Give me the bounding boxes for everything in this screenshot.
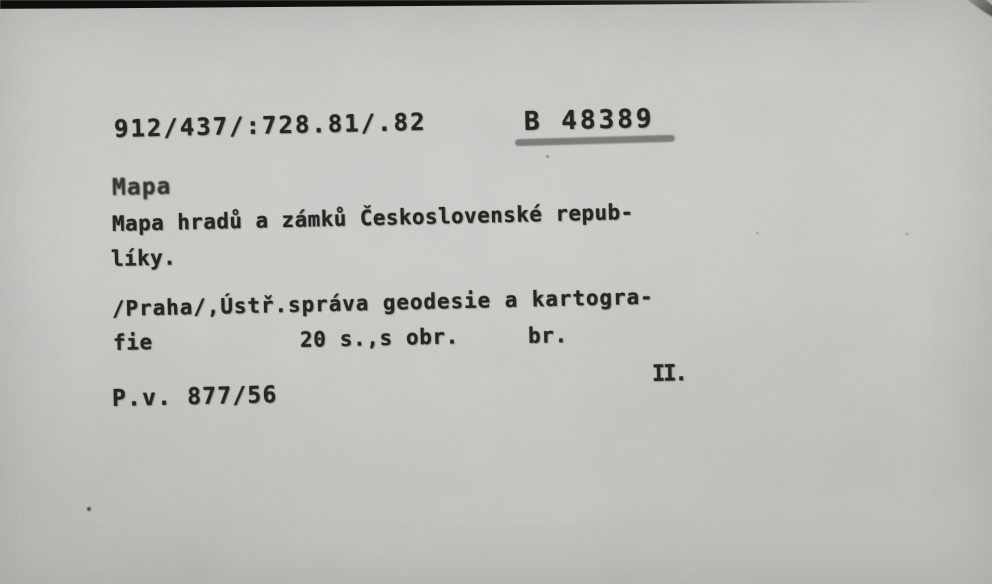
- paper-speck: [905, 233, 909, 235]
- imprint-line-1: /Praha/,Ústř.správa geodesie a kartogra-: [112, 285, 654, 321]
- binding-note: br.: [528, 323, 568, 348]
- card-heading: Mapa: [112, 174, 172, 201]
- title-line-2: líky.: [111, 246, 177, 271]
- collation-note: 20 s.,s obr.: [300, 324, 459, 352]
- title-line-1: Mapa hradů a zámků Československé repub-: [112, 200, 634, 236]
- paper-speck: [756, 232, 759, 234]
- scan-edge-top: [0, 0, 880, 9]
- paper-speck: [546, 155, 549, 158]
- catalog-card: 912/437/:728.81/.82 B 48389 Mapa Mapa hr…: [0, 0, 992, 584]
- accession-number: B 48389: [524, 104, 655, 137]
- classification-number: 912/437/:728.81/.82: [114, 108, 427, 143]
- paper-speck: [87, 507, 91, 511]
- pv-number: P.v. 877/56: [112, 382, 278, 412]
- scan-corner-mark: [951, 0, 992, 25]
- imprint-line-2: fie: [113, 330, 153, 355]
- series-mark: II.: [652, 361, 686, 387]
